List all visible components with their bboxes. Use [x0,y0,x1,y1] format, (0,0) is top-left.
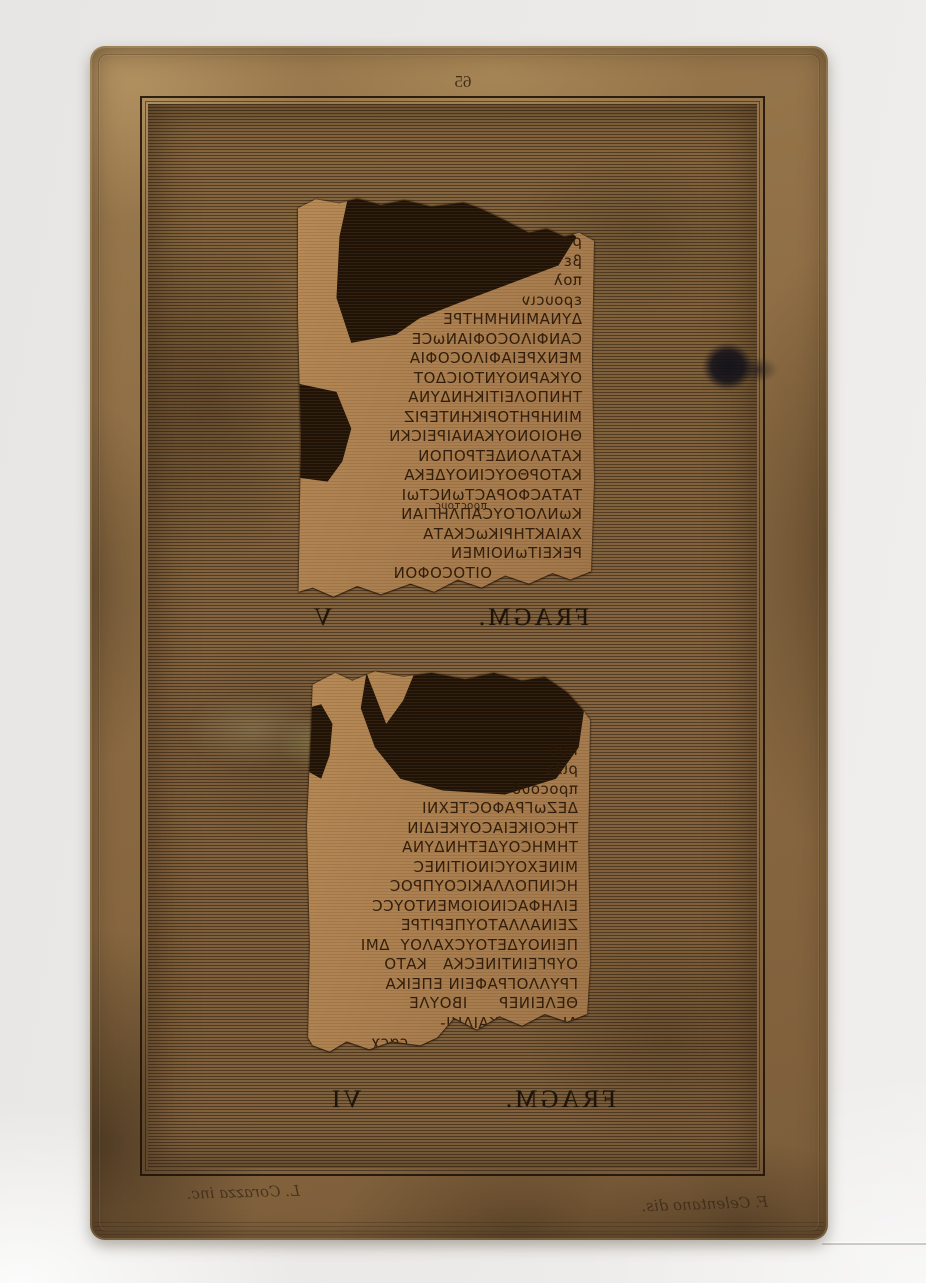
greek-text-line: ΘΗΟΙΟΝΟΥΚΑΝΑΙΡΕΙCΚΝ [308,427,582,447]
greek-text-line: ΤΗΝΠΟΛΕΙΤΙΚΗΝΔΥΝΑ [308,388,582,408]
greek-text-line: ΕΙΛΗΦΑCΙΝΟΙΟΜΕΝΤΟΥCC [315,897,578,917]
greek-text-line: ΔΕΖωΓΡΑΦΟCΤΕΧΝΙ [315,799,578,819]
fragment-v-caption-numeral: V [311,604,332,632]
greek-text-line: ριλε [315,760,578,780]
greek-text-line: ΠΕΙΝΟΥΔΕΤΟΥCΧΑΛΟΥ ΔΜΙ [315,936,578,956]
fragment-vi-greek-text: ππροριλεπροcουδΔΕΖωΓΡΑΦΟCΤΕΧΝΙΤΗCΟΙΚΕΙΑC… [307,669,590,1061]
greek-text-line: cαcχ [315,1033,578,1053]
greek-text-line: ΟΥΡΓΕΙΝΤΙΝΕCΚΑ ΚΑΤΟ [315,955,578,975]
greek-text-line: ΜΕΝΧΡΕΙΑΦΙΛΟCΟΦΙΑ [308,349,582,369]
greek-text-line: ΧΑΙΑΚΤΗΡΙΚωCΚΑΤΑ [308,525,582,545]
greek-text-line: ΔΥΝΑΜΙΝΗΜΗΤΡΕ [308,310,582,330]
fragment-v-caption-word: FRAGM. [476,604,589,632]
fragment-v-caption: FRAGM. V [311,604,589,632]
engraved-border-frame: ραβεπολερουcινΔΥΝΑΜΙΝΗΜΗΤΡΕCΑΝΦΙΛΟCΟΦΙΑΝ… [140,96,765,1176]
greek-text-line: ΘΕΛΕΙΝΕΡ ΙΒΟΥΛΕ [315,994,578,1014]
greek-text-line: προ [315,741,578,761]
page-number: 65 [448,72,478,94]
fragment-vi-surface: ππροριλεπροcουδΔΕΖωΓΡΑΦΟCΤΕΧΝΙΤΗCΟΙΚΕΙΑC… [307,669,590,1061]
ink-stain-blob [695,328,781,408]
greek-text-line: ΟΥΚΑΡΝΟΥΝΤΟΙCΔΟΤ [308,369,582,389]
papyrus-fragment-v: ραβεπολερουcινΔΥΝΑΜΙΝΗΜΗΤΡΕCΑΝΦΙΛΟCΟΦΙΑΝ… [298,196,594,604]
greek-text-line: προcουδ [315,780,578,800]
fragment-v-greek-text: ραβεπολερουcινΔΥΝΑΜΙΝΗΜΗΤΡΕCΑΝΦΙΛΟCΟΦΙΑΝ… [298,196,594,604]
greek-text-line: π [315,721,578,741]
greek-text-line: ΜΙΝΗΡΗΤΟΡΙΚΗΝΤΕΡΙΖ [308,408,582,428]
greek-text-line: ερουcιν [308,291,582,311]
greek-text-line: ΟΙΤΟCΟΦΟΝ [308,564,582,584]
greek-text-line: ΚΑΤΟΡΘΟΥCΙΝΟΥΔΕΚΑ [308,466,582,486]
greek-text-line: ΖΕΙΝΑΛΛΑΤΟΥΠΕΡΙΤΡΕ [315,916,578,936]
hatched-background-panel: ραβεπολερουcινΔΥΝΑΜΙΝΗΜΗΤΡΕCΑΝΦΙΛΟCΟΦΙΑΝ… [148,104,757,1168]
greek-text-line: CΑΝΦΙΛΟCΟΦΙΑΝωCΕ [308,330,582,350]
fragment-v-surface: ραβεπολερουcινΔΥΝΑΜΙΝΗΜΗΤΡΕCΑΝΦΙΛΟCΟΦΙΑΝ… [298,196,594,604]
papyrus-fragment-vi: ππροριλεπροcουδΔΕΖωΓΡΑΦΟCΤΕΧΝΙΤΗCΟΙΚΕΙΑC… [307,669,590,1061]
fragment-vi-caption-word: FRAGM. [503,1086,616,1114]
greek-text-line: ΗCΙΝΠΟΛΛΑΚΙCΟΥΠΡΟC [315,877,578,897]
greek-text-line: ΔΙ ΚΑΙΔΗΙ- [315,1014,578,1034]
greek-text-line: πολ [308,271,582,291]
greek-text-line: ΚΑΤΑΛΟΝΔΕΤΡΟΠΟΝ [308,447,582,467]
fragment-vi-caption-numeral: VI [329,1086,361,1114]
greek-text-line: βε [308,252,582,272]
interlinear-insertion: προcτουc [435,497,487,517]
plate-bottom-bevel [94,1222,824,1236]
copper-plate: 65 ραβεπολερουcινΔΥΝΑΜΙΝΗΜΗΤΡΕCΑΝΦΙΛΟCΟΦ… [90,46,828,1240]
fragment-vi-caption: FRAGM. VI [329,1086,616,1114]
table-edge-line [822,1242,926,1245]
greek-text-line: ΡΕΚΕΙΤωΝΟΙΜΕΝ [308,544,582,564]
greek-text-line: ΜΙΝΕΧΟΥCΙΝΟΙΤΙΝΕC [315,858,578,878]
photograph-of-copper-plate: 65 ραβεπολερουcινΔΥΝΑΜΙΝΗΜΗΤΡΕCΑΝΦΙΛΟCΟΦ… [0,0,926,1283]
greek-text-line: ΤΗCΟΙΚΕΙΑCΟΥΚΕΙΔΙΝ [315,819,578,839]
greek-text-line: ΚωΝΛΟΓΟΥCΑΠΛΗΓΙΑΝπροcτουc [308,505,582,525]
greek-text-line: ΓΡΥΛΛΟΓΡΑΦΕΙΝ ΕΠΕΙΚΑ [315,975,578,995]
greek-text-line: ρα [308,232,582,252]
greek-text-line: ΤΗΜΗCΟΥΔΕΤΗΝΔΥΝΑ [315,838,578,858]
